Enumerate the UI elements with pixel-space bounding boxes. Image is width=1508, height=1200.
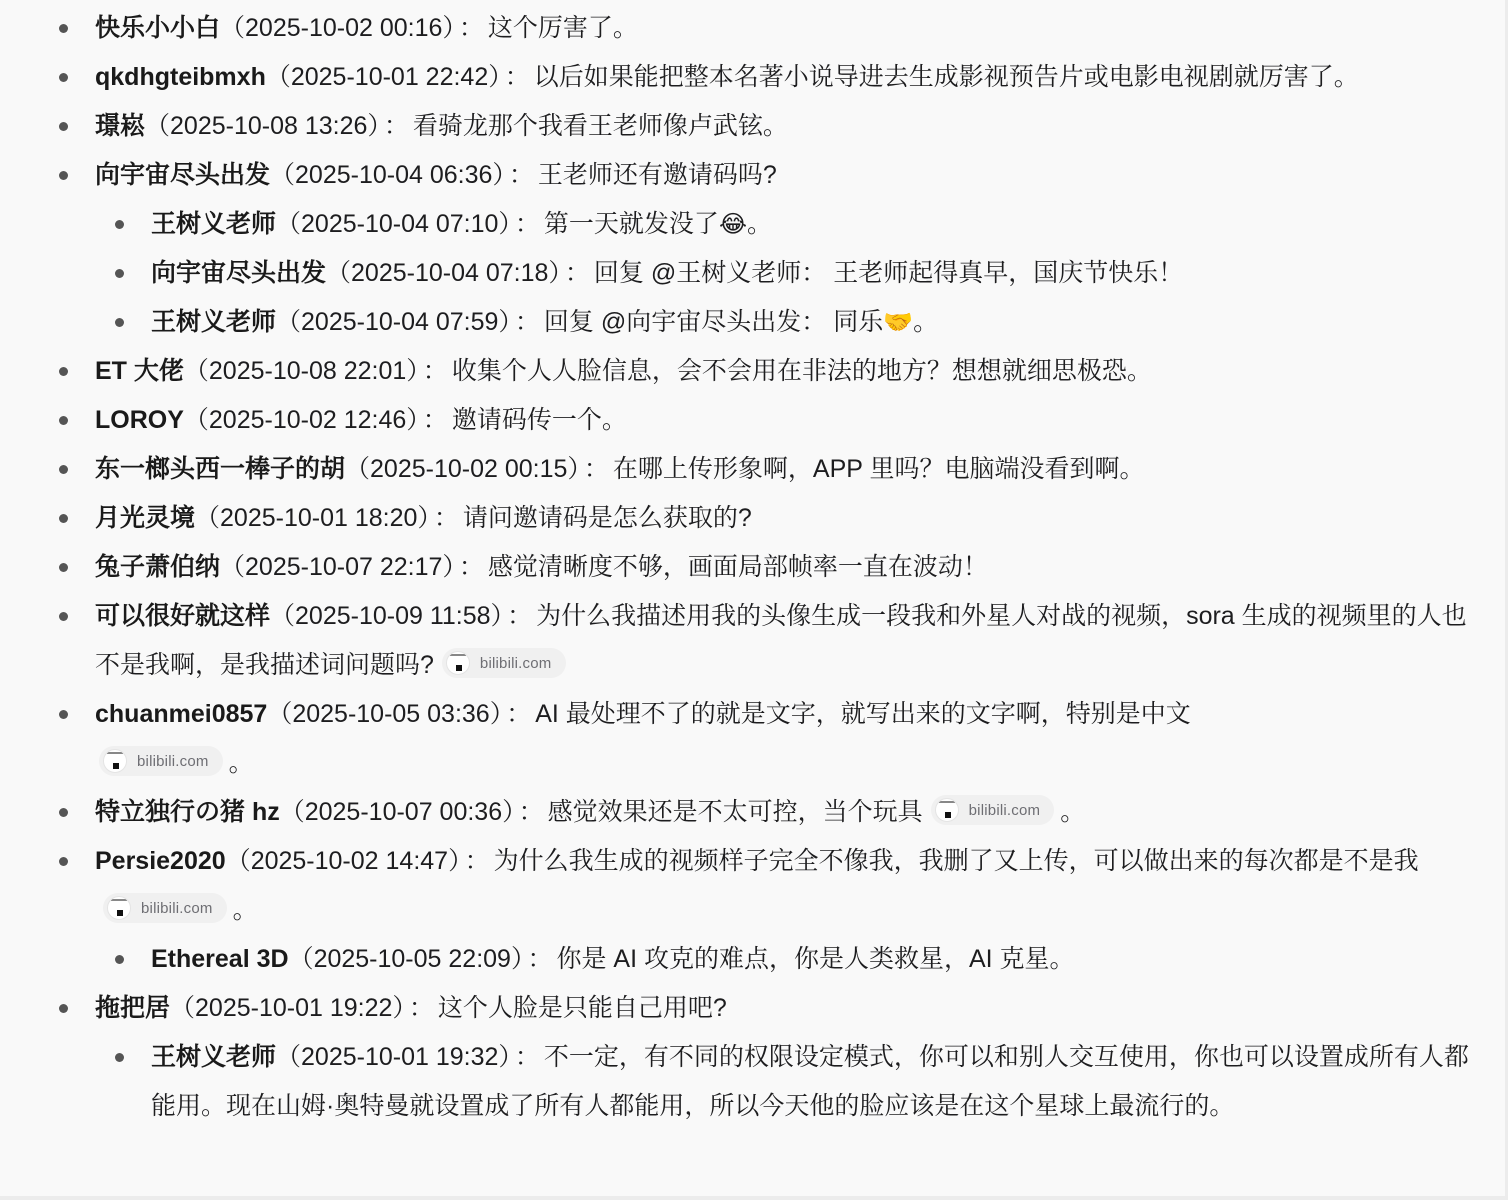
comment-author: 璟崧 xyxy=(95,112,145,140)
comment-separator: ： xyxy=(461,847,494,875)
comment-item: 东一榔头西一棒子的胡（2025-10-02 00:15）：在哪上传形象啊，APP… xyxy=(0,445,1470,494)
comment-author: 向宇宙尽头出发 xyxy=(151,259,326,287)
comment-separator: ： xyxy=(455,553,488,581)
comment-text: 看骑龙那个我看王老师像卢武铉。 xyxy=(413,112,788,140)
reply-item: 王树义老师（2025-10-04 07:10）：第一天就发没了😂。 xyxy=(0,200,1470,249)
comment-text-end: 。 xyxy=(233,896,258,924)
comment-text: 为什么我生成的视频样子完全不像我，我删了又上传，可以做出来的每次都是不是我 xyxy=(494,847,1419,875)
comment-author: 向宇宙尽头出发 xyxy=(95,161,270,189)
comment-text: 王老师还有邀请码吗? xyxy=(538,161,777,189)
reply-item: Ethereal 3D（2025-10-05 22:09）：你是 AI 攻克的难… xyxy=(0,935,1470,984)
comment-author: Ethereal 3D xyxy=(151,945,289,973)
source-link-label: bilibili.com xyxy=(137,754,209,769)
comment-text: AI 最处理不了的就是文字，就写出来的文字啊，特别是中文 xyxy=(535,700,1191,728)
comment-item: 特立独行の猪 hz（2025-10-07 00:36）：感觉效果还是不太可控，当… xyxy=(0,788,1470,837)
comment-separator: ： xyxy=(511,308,544,336)
tears-of-joy-emoji-icon: 😂 xyxy=(719,212,747,236)
comment-separator: ： xyxy=(380,112,413,140)
comment-time: （2025-10-07 22:17） xyxy=(220,553,455,581)
comment-author: 拖把居 xyxy=(95,994,170,1022)
comment-time: （2025-10-02 14:47） xyxy=(226,847,461,875)
comment-separator: ： xyxy=(430,504,463,532)
comment-author: 月光灵境 xyxy=(95,504,195,532)
comment-text: 第一天就发没了 xyxy=(544,210,719,238)
reply-item: 王树义老师（2025-10-01 19:32）：不一定，有不同的权限设定模式，你… xyxy=(0,1033,1470,1131)
comment-time: （2025-10-01 22:42） xyxy=(266,63,501,91)
comment-item: 快乐小小白（2025-10-02 00:16）：这个厉害了。 xyxy=(0,4,1470,53)
comment-item: 向宇宙尽头出发（2025-10-04 06:36）：王老师还有邀请码吗? xyxy=(0,151,1470,200)
site-thumbnail-icon xyxy=(935,798,959,822)
comment-author: 王树义老师 xyxy=(151,210,276,238)
source-link-label: bilibili.com xyxy=(141,901,213,916)
comments-page: 快乐小小白（2025-10-02 00:16）：这个厉害了。 qkdhgteib… xyxy=(0,0,1508,1200)
comment-separator: ： xyxy=(455,14,488,42)
comment-separator: ： xyxy=(580,455,613,483)
comment-text: 请问邀请码是怎么获取的? xyxy=(463,504,752,532)
comment-time: （2025-10-05 22:09） xyxy=(289,945,524,973)
comment-separator: ： xyxy=(419,406,452,434)
comment-author: Persie2020 xyxy=(95,847,226,875)
site-thumbnail-icon xyxy=(446,651,470,675)
comment-separator: ： xyxy=(511,210,544,238)
comment-item: 兔子萧伯纳（2025-10-07 22:17）：感觉清晰度不够，画面局部帧率一直… xyxy=(0,543,1470,592)
site-thumbnail-icon xyxy=(107,896,131,920)
comment-item: ET 大佬（2025-10-08 22:01）：收集个人人脸信息，会不会用在非法… xyxy=(0,347,1470,396)
comment-separator: ： xyxy=(405,994,438,1022)
comment-text: 回复 @向宇宙尽头出发： 同乐 xyxy=(544,308,883,336)
comment-separator: ： xyxy=(505,161,538,189)
comment-time: （2025-10-01 18:20） xyxy=(195,504,430,532)
source-link-chip[interactable]: bilibili.com xyxy=(99,746,223,776)
comment-author: ET 大佬 xyxy=(95,357,184,385)
source-link-chip[interactable]: bilibili.com xyxy=(103,893,227,923)
comment-author: 可以很好就这样 xyxy=(95,602,270,630)
comment-item: 拖把居（2025-10-01 19:22）：这个人脸是只能自己用吧? xyxy=(0,984,1470,1033)
comment-time: （2025-10-01 19:22） xyxy=(170,994,405,1022)
comment-text-end: 。 xyxy=(229,749,254,777)
comment-time: （2025-10-05 03:36） xyxy=(267,700,502,728)
comment-text: 收集个人人脸信息，会不会用在非法的地方？想想就细思极恐。 xyxy=(452,357,1152,385)
comment-text: 这个人脸是只能自己用吧? xyxy=(438,994,727,1022)
comment-text: 在哪上传形象啊，APP 里吗？电脑端没看到啊。 xyxy=(613,455,1145,483)
comment-author: 快乐小小白 xyxy=(95,14,220,42)
comment-time: （2025-10-08 22:01） xyxy=(184,357,419,385)
comment-time: （2025-10-02 00:15） xyxy=(345,455,580,483)
reply-item: 王树义老师（2025-10-04 07:59）：回复 @向宇宙尽头出发： 同乐🤝… xyxy=(0,298,1470,347)
comment-author: 东一榔头西一棒子的胡 xyxy=(95,455,345,483)
site-thumbnail-icon xyxy=(103,749,127,773)
comment-separator: ： xyxy=(515,798,548,826)
source-link-label: bilibili.com xyxy=(969,803,1041,818)
comment-text-end: 。 xyxy=(747,210,772,238)
comment-time: （2025-10-02 00:16） xyxy=(220,14,455,42)
comment-time: （2025-10-08 13:26） xyxy=(145,112,380,140)
comment-author: 王树义老师 xyxy=(151,1043,276,1071)
comment-text: 感觉清晰度不够，画面局部帧率一直在波动！ xyxy=(488,553,988,581)
comment-time: （2025-10-09 11:58） xyxy=(270,602,503,630)
comment-author: 王树义老师 xyxy=(151,308,276,336)
comment-separator: ： xyxy=(511,1043,544,1071)
comment-text: 邀请码传一个。 xyxy=(452,406,627,434)
comment-author: 兔子萧伯纳 xyxy=(95,553,220,581)
comment-item: LOROY（2025-10-02 12:46）：邀请码传一个。 xyxy=(0,396,1470,445)
comment-author: qkdhgteibmxh xyxy=(95,63,266,91)
comment-text-end: 。 xyxy=(1060,798,1085,826)
comment-list: 快乐小小白（2025-10-02 00:16）：这个厉害了。 qkdhgteib… xyxy=(0,4,1470,1131)
comment-author: 特立独行の猪 hz xyxy=(95,798,280,826)
comment-text: 你是 AI 攻克的难点，你是人类救星，AI 克星。 xyxy=(556,945,1074,973)
source-link-label: bilibili.com xyxy=(480,656,552,671)
comment-time: （2025-10-04 07:59） xyxy=(276,308,511,336)
comment-text: 回复 @王树义老师： 王老师起得真早，国庆节快乐！ xyxy=(594,259,1183,287)
comment-text: 感觉效果还是不太可控，当个玩具 xyxy=(548,798,923,826)
comment-item: Persie2020（2025-10-02 14:47）：为什么我生成的视频样子… xyxy=(0,837,1470,935)
comment-time: （2025-10-02 12:46） xyxy=(184,406,419,434)
comment-item: 月光灵境（2025-10-01 18:20）：请问邀请码是怎么获取的? xyxy=(0,494,1470,543)
source-link-chip[interactable]: bilibili.com xyxy=(931,795,1055,825)
comment-author: LOROY xyxy=(95,406,184,434)
comment-item: qkdhgteibmxh（2025-10-01 22:42）：以后如果能把整本名… xyxy=(0,53,1470,102)
comment-text: 这个厉害了。 xyxy=(488,14,638,42)
comment-item: 可以很好就这样（2025-10-09 11:58）：为什么我描述用我的头像生成一… xyxy=(0,592,1470,690)
comment-time: （2025-10-04 06:36） xyxy=(270,161,505,189)
comment-text: 以后如果能把整本名著小说导进去生成影视预告片或电影电视剧就厉害了。 xyxy=(534,63,1359,91)
comment-item: 璟崧（2025-10-08 13:26）：看骑龙那个我看王老师像卢武铉。 xyxy=(0,102,1470,151)
handshake-emoji-icon: 🤝 xyxy=(883,310,913,334)
reply-item: 向宇宙尽头出发（2025-10-04 07:18）：回复 @王树义老师： 王老师… xyxy=(0,249,1470,298)
comment-separator: ： xyxy=(501,63,534,91)
comment-item: chuanmei0857（2025-10-05 03:36）：AI 最处理不了的… xyxy=(0,690,1470,788)
comment-time: （2025-10-01 19:32） xyxy=(276,1043,511,1071)
comment-text-end: 。 xyxy=(913,308,938,336)
comment-time: （2025-10-04 07:10） xyxy=(276,210,511,238)
comment-separator: ： xyxy=(419,357,452,385)
comment-separator: ： xyxy=(523,945,556,973)
comment-separator: ： xyxy=(561,259,594,287)
comment-separator: ： xyxy=(502,700,535,728)
comment-separator: ： xyxy=(503,602,536,630)
source-link-chip[interactable]: bilibili.com xyxy=(442,648,566,678)
comment-time: （2025-10-04 07:18） xyxy=(326,259,561,287)
comment-author: chuanmei0857 xyxy=(95,700,267,728)
comment-time: （2025-10-07 00:36） xyxy=(280,798,515,826)
